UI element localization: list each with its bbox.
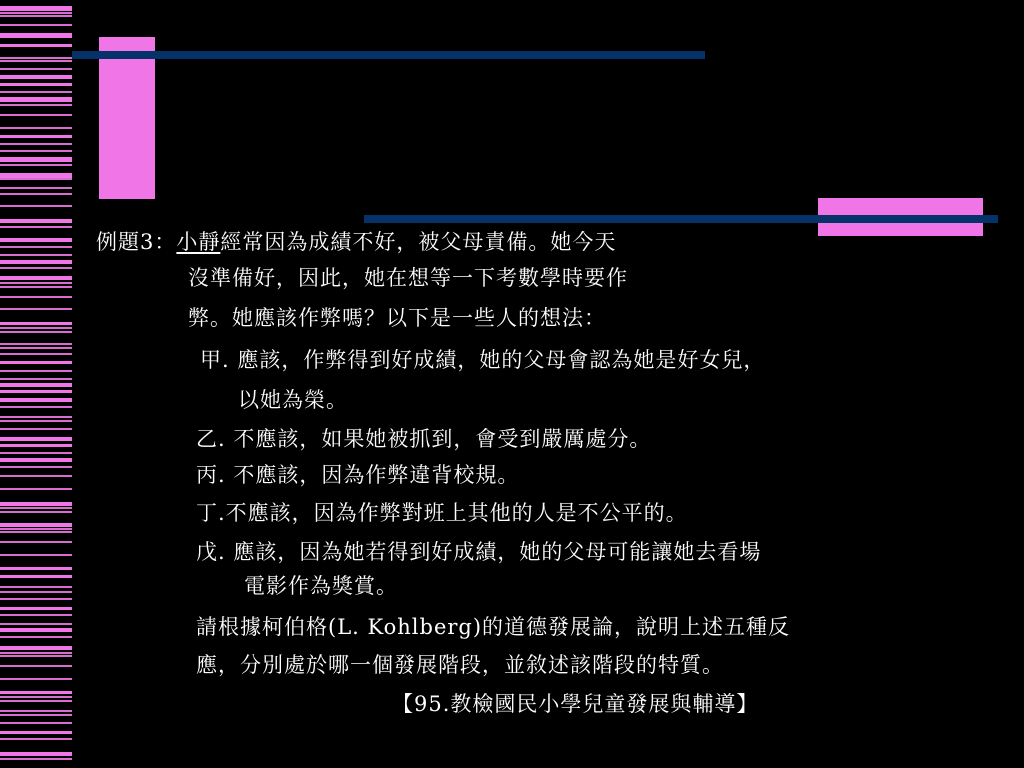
stripe-line (0, 83, 72, 86)
question-line-1: 例題3：小靜經常因為成績不好，被父母責備。她今天 (96, 227, 616, 257)
stripe-line (0, 75, 72, 79)
stripe-line (0, 308, 72, 310)
navy-bar-right-decoration (364, 215, 998, 223)
stripe-line (0, 370, 72, 372)
stripe-line (0, 276, 72, 280)
stripe-line (0, 598, 72, 600)
stripe-line (0, 696, 72, 698)
stripe-line (0, 710, 72, 712)
stripe-line (0, 428, 72, 430)
stripe-line (0, 398, 72, 402)
stripe-line (0, 406, 72, 408)
stripe-line (0, 361, 72, 364)
stripe-line (0, 33, 72, 38)
stripe-line (0, 511, 72, 513)
stripe-line (0, 104, 72, 106)
stripe-line (0, 628, 72, 632)
stripe-line (0, 322, 72, 325)
stripe-line (0, 219, 72, 223)
stripe-line (0, 267, 72, 269)
stripe-line (0, 60, 72, 62)
stripe-line (0, 652, 72, 654)
stripe-line (0, 691, 72, 694)
stripe-line (0, 254, 72, 256)
stripe-line (0, 678, 72, 680)
stripe-line (0, 193, 72, 195)
stripe-line (0, 466, 72, 468)
stripe-line (0, 378, 72, 380)
stripe-line (0, 731, 72, 734)
stripe-line (0, 114, 72, 116)
stripe-line (0, 636, 72, 638)
stripe-line (0, 178, 72, 180)
stripe-line (0, 714, 72, 716)
stripe-line (0, 655, 72, 657)
option-wu-line-1: 戊. 應該，因為她若得到好成績，她的父母可能讓她去看場 (196, 537, 761, 567)
stripe-line (0, 502, 72, 506)
prompt-line-2: 應，分別處於哪一個發展階段，並敘述該階段的特質。 (196, 650, 724, 680)
stripe-line (0, 531, 72, 533)
option-bing: 丙. 不應該，因為作弊違背校規。 (196, 460, 519, 490)
stripe-line (0, 331, 72, 333)
stripe-line (0, 567, 72, 570)
stripe-line (0, 91, 72, 93)
stripe-line (0, 286, 72, 288)
stripe-line (0, 127, 72, 129)
stripe-line (0, 143, 72, 145)
stripe-line (0, 488, 72, 490)
stripe-line (0, 738, 72, 740)
option-jia-line-2: 以她為榮。 (238, 385, 348, 415)
stripe-line (0, 475, 72, 477)
stripe-line (0, 68, 72, 70)
stripe-line (0, 187, 72, 189)
stripe-line (0, 282, 72, 284)
stripe-line (0, 135, 72, 138)
stripe-line (0, 523, 72, 527)
source-citation: 【95.教檢國民小學兒童發展與輔導】 (392, 689, 758, 719)
stripe-line (0, 205, 72, 207)
stripe-line (0, 586, 72, 588)
stripe-line (0, 343, 72, 345)
stripe-line (0, 327, 72, 329)
stripe-line (0, 260, 72, 264)
stripe-line (0, 758, 72, 760)
stripe-line (0, 722, 72, 724)
stripe-line (0, 353, 72, 355)
stripe-line (0, 444, 72, 447)
stripe-line (0, 347, 72, 349)
stripe-line (0, 416, 72, 418)
stripe-line (0, 238, 72, 242)
stripe-line (0, 700, 72, 702)
stripe-line (0, 575, 72, 578)
pink-block-top-decoration (99, 37, 155, 199)
stripe-line (0, 752, 72, 756)
stripe-line (0, 458, 72, 462)
option-jia-line-1: 甲. 應該，作弊得到好成績，她的父母會認為她是好女兒， (200, 345, 765, 375)
navy-bar-top-decoration (72, 51, 705, 59)
stripe-line (0, 623, 72, 625)
stripe-line (0, 528, 72, 530)
stripe-line (0, 646, 72, 650)
stripe-line (0, 507, 72, 509)
left-stripe-decoration (0, 0, 72, 768)
stripe-line (0, 24, 72, 26)
stripe-line (0, 554, 72, 556)
stripe-line (0, 541, 72, 543)
stripe-line (0, 226, 72, 228)
stripe-line (0, 44, 72, 47)
stripe-line (0, 164, 72, 166)
stripe-line (0, 157, 72, 162)
stripe-line (0, 390, 72, 393)
question-person-name: 小靜 (176, 230, 220, 254)
stripe-line (0, 246, 72, 248)
stripe-line (0, 614, 72, 616)
question-line-1-text: 經常因為成績不好，被父母責備。她今天 (220, 230, 616, 254)
stripe-line (0, 383, 72, 387)
option-wu-line-2: 電影作為獎賞。 (244, 571, 398, 601)
stripe-line (0, 452, 72, 454)
stripe-line (0, 6, 72, 11)
question-line-2: 沒準備好，因此，她在想等一下考數學時要作 (188, 263, 628, 293)
option-ding: 丁.不應該，因為作弊對班上其他的人是不公平的。 (196, 498, 688, 528)
stripe-line (0, 15, 72, 17)
stripe-line (0, 437, 72, 441)
question-label: 例題3： (96, 230, 176, 254)
stripe-line (0, 97, 72, 102)
stripe-line (0, 12, 72, 14)
option-yi: 乙. 不應該，如果她被抓到，會受到嚴厲處分。 (196, 424, 651, 454)
stripe-line (0, 607, 72, 610)
stripe-line (0, 420, 72, 422)
stripe-line (0, 591, 72, 593)
question-line-3: 弊。她應該作弊嗎？以下是一些人的想法： (188, 303, 606, 333)
stripe-line (0, 296, 72, 298)
stripe-line (0, 665, 72, 667)
prompt-line-1: 請根據柯伯格(L. Kohlberg)的道德發展論，說明上述五種反 (196, 612, 790, 642)
stripe-line (0, 57, 72, 59)
stripe-line (0, 150, 72, 152)
